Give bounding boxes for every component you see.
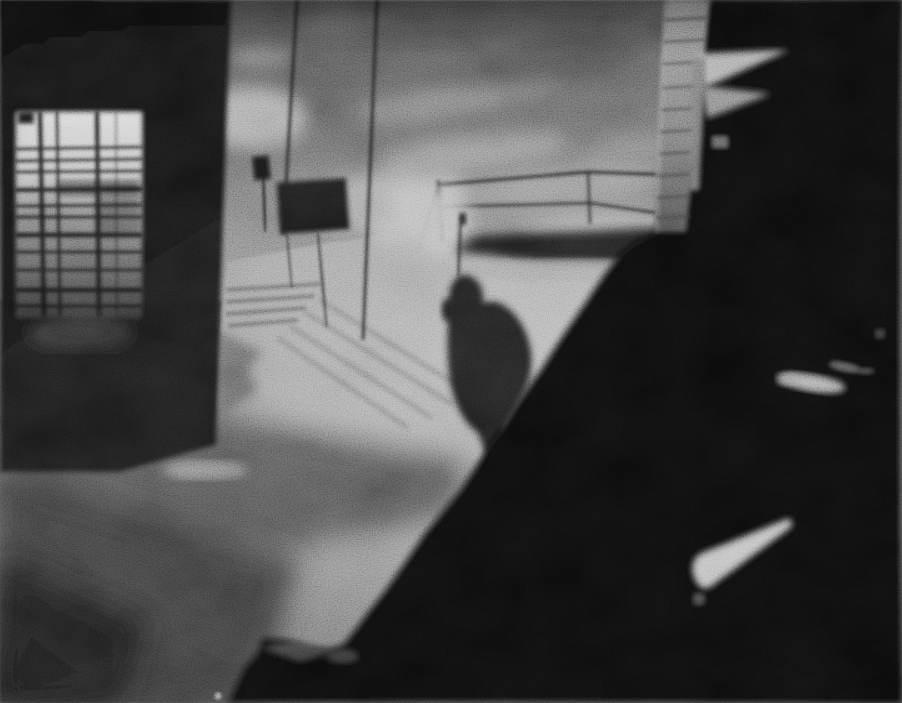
grain-fine [0, 0, 902, 703]
grain [0, 0, 902, 703]
photograph: Figure on a storm-lashed promenade [0, 0, 902, 703]
photo-svg: Figure on a storm-lashed promenade [0, 0, 902, 703]
